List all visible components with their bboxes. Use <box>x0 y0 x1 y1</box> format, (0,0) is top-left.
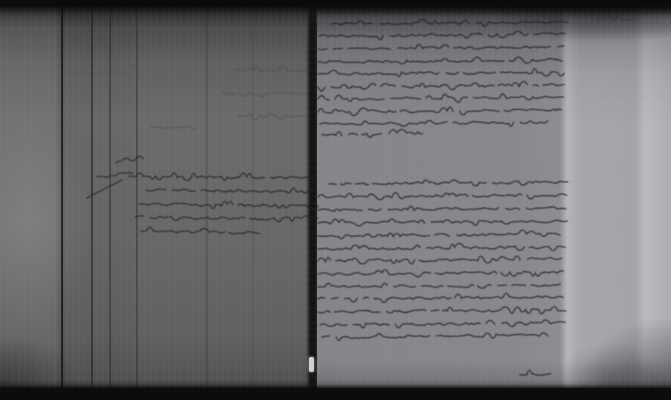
margin-rule-line-3 <box>109 6 111 388</box>
margin-rule-line-4 <box>136 6 138 388</box>
right-page <box>317 6 671 388</box>
gutter-notch <box>309 357 314 372</box>
left-page <box>0 6 313 388</box>
manuscript-photo <box>0 0 671 400</box>
photo-edge-bottom <box>0 384 671 400</box>
margin-rule-line-1 <box>61 6 63 388</box>
paper-crease-2 <box>252 6 254 388</box>
margin-rule-line-2 <box>91 6 93 388</box>
photo-edge-top <box>0 0 671 16</box>
paper-crease-1 <box>205 6 208 388</box>
